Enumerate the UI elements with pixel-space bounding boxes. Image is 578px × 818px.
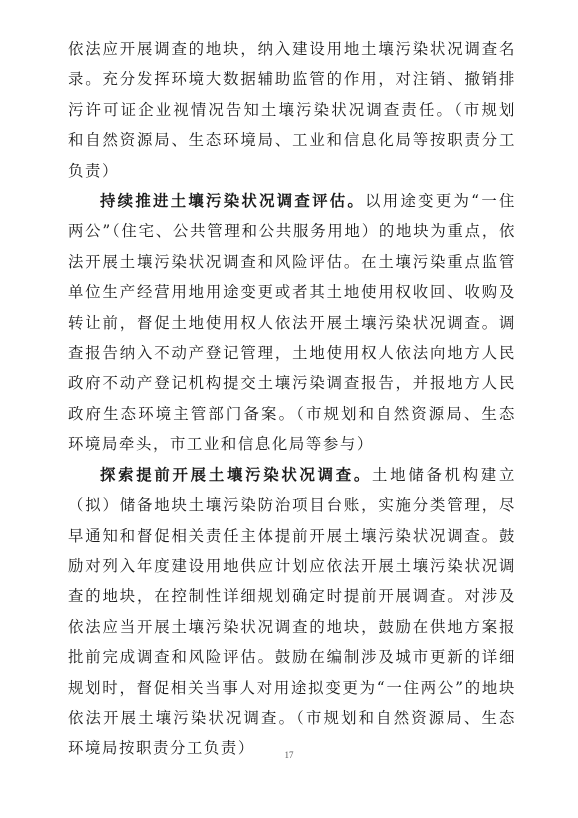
page-number: 17 — [0, 750, 578, 760]
paragraph-heading: 持续推进土壤污染状况调查评估。 — [100, 192, 365, 210]
paragraph-heading: 探索提前开展土壤污染状况调查。 — [100, 466, 372, 484]
document-page: 依法应开展调查的地块，纳入建设用地土壤污染状况调查名录。充分发挥环境大数据辅助监… — [68, 34, 516, 764]
paragraph-continuation: 依法应开展调查的地块，纳入建设用地土壤污染状况调查名录。充分发挥环境大数据辅助监… — [68, 34, 516, 186]
paragraph-text: 以用途变更为“一住两公”（住宅、公共管理和公共服务用地）的地块为重点，依法开展土… — [68, 192, 516, 453]
paragraph-early-soil-survey: 探索提前开展土壤污染状况调查。土地储备机构建立（拟）储备地块土壤污染防治项目台账… — [68, 460, 516, 764]
paragraph-text: 土地储备机构建立（拟）储备地块土壤污染防治项目台账，实施分类管理，尽早通知和督促… — [68, 466, 516, 758]
paragraph-text: 依法应开展调查的地块，纳入建设用地土壤污染状况调查名录。充分发挥环境大数据辅助监… — [68, 40, 516, 180]
paragraph-soil-survey-assessment: 持续推进土壤污染状况调查评估。以用途变更为“一住两公”（住宅、公共管理和公共服务… — [68, 186, 516, 460]
